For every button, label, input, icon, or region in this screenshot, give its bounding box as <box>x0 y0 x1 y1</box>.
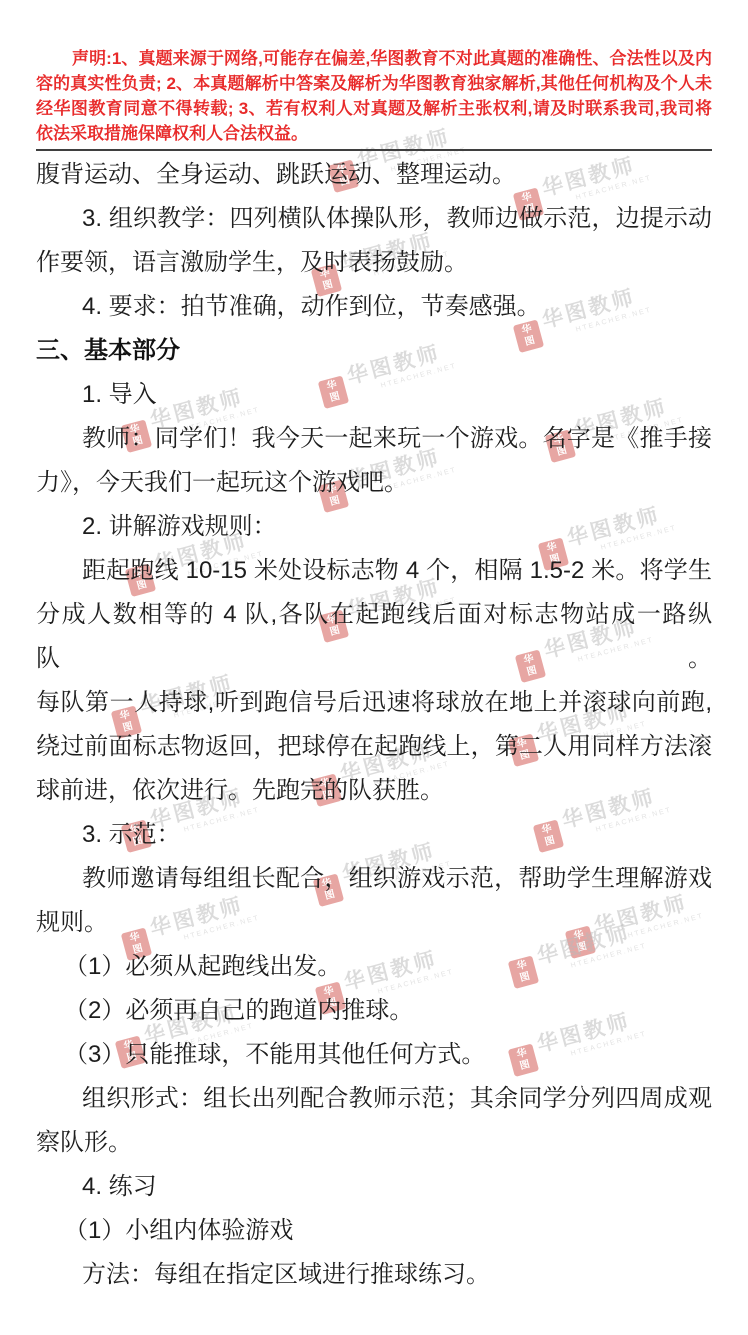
text-line: 察队形。 <box>36 1121 712 1165</box>
disclaimer-text: 经华图教育同意不得转载; 3、若有权利人对真题及解析主张权利,请及时联系我司,我… <box>36 99 712 118</box>
disclaimer-line: 容的真实性负责; 2、本真题解析中答案及解析为华图教育独家解析,其他任何机构及个… <box>36 71 712 96</box>
text-line: 教师邀请每组组长配合，组织游戏示范，帮助学生理解游戏 <box>36 857 712 901</box>
text-line: 球前进，依次进行。先跑完的队获胜。 <box>36 769 712 813</box>
text-line: 距起跑线 10-15 米处设标志物 4 个，相隔 1.5-2 米。将学生 <box>36 549 712 593</box>
text-line: 力》，今天我们一起玩这个游戏吧。 <box>36 461 712 505</box>
disclaimer-text: 依法采取措施保障权利人合法权益。 <box>36 124 308 143</box>
text-line: 腹背运动、全身运动、跳跃运动、整理运动。 <box>36 153 712 197</box>
text-line: 4. 要求：拍节准确，动作到位，节奏感强。 <box>36 285 712 329</box>
text-line: （3）只能推球，不能用其他任何方式。 <box>36 1033 712 1077</box>
document-page: 华 图 华图教师 HTEACHER.NET 华 图 华图教师 HTEACHER.… <box>0 0 748 1335</box>
text-line: （1）小组内体验游戏 <box>36 1209 712 1253</box>
text-line: （1）必须从起跑线出发。 <box>36 945 712 989</box>
text-line: 规则。 <box>36 901 712 945</box>
text-line: 4. 练习 <box>36 1165 712 1209</box>
text-line: 2. 讲解游戏规则： <box>36 505 712 549</box>
disclaimer-line: 经华图教育同意不得转载; 3、若有权利人对真题及解析主张权利,请及时联系我司,我… <box>36 96 712 121</box>
text-line: 三、基本部分 <box>36 329 712 373</box>
text-line: 分成人数相等的 4 队,各队在起跑线后面对标志物站成一路纵队。 <box>36 593 712 681</box>
disclaimer-text: 1、真题来源于网络,可能存在偏差,华图教育不对此真题的准确性、合法性以及内 <box>112 49 712 68</box>
document-content: 声明:1、真题来源于网络,可能存在偏差,华图教育不对此真题的准确性、合法性以及内… <box>0 0 748 1297</box>
text-line: 每队第一人持球,听到跑信号后迅速将球放在地上并滚球向前跑, <box>36 681 712 725</box>
text-line: 3. 示范： <box>36 813 712 857</box>
disclaimer-text: 容的真实性负责; 2、本真题解析中答案及解析为华图教育独家解析,其他任何机构及个… <box>36 74 712 93</box>
text-line: 教师：同学们！我今天一起来玩一个游戏。名字是《推手接 <box>36 417 712 461</box>
disclaimer: 声明:1、真题来源于网络,可能存在偏差,华图教育不对此真题的准确性、合法性以及内… <box>36 46 712 146</box>
text-line: 1. 导入 <box>36 373 712 417</box>
disclaimer-line: 依法采取措施保障权利人合法权益。 <box>36 121 712 146</box>
lesson-plan-text: 腹背运动、全身运动、跳跃运动、整理运动。3. 组织教学：四列横队体操队形，教师边… <box>36 151 712 1297</box>
text-line: 作要领，语言激励学生，及时表扬鼓励。 <box>36 241 712 285</box>
text-line: 3. 组织教学：四列横队体操队形，教师边做示范，边提示动 <box>36 197 712 241</box>
text-line: 绕过前面标志物返回，把球停在起跑线上，第二人用同样方法滚 <box>36 725 712 769</box>
text-line: 组织形式：组长出列配合教师示范；其余同学分列四周成观 <box>36 1077 712 1121</box>
disclaimer-line: 声明:1、真题来源于网络,可能存在偏差,华图教育不对此真题的准确性、合法性以及内 <box>36 46 712 71</box>
disclaimer-label: 声明: <box>72 49 112 68</box>
text-line: 方法：每组在指定区域进行推球练习。 <box>36 1253 712 1297</box>
text-line: （2）必须再自己的跑道内推球。 <box>36 989 712 1033</box>
